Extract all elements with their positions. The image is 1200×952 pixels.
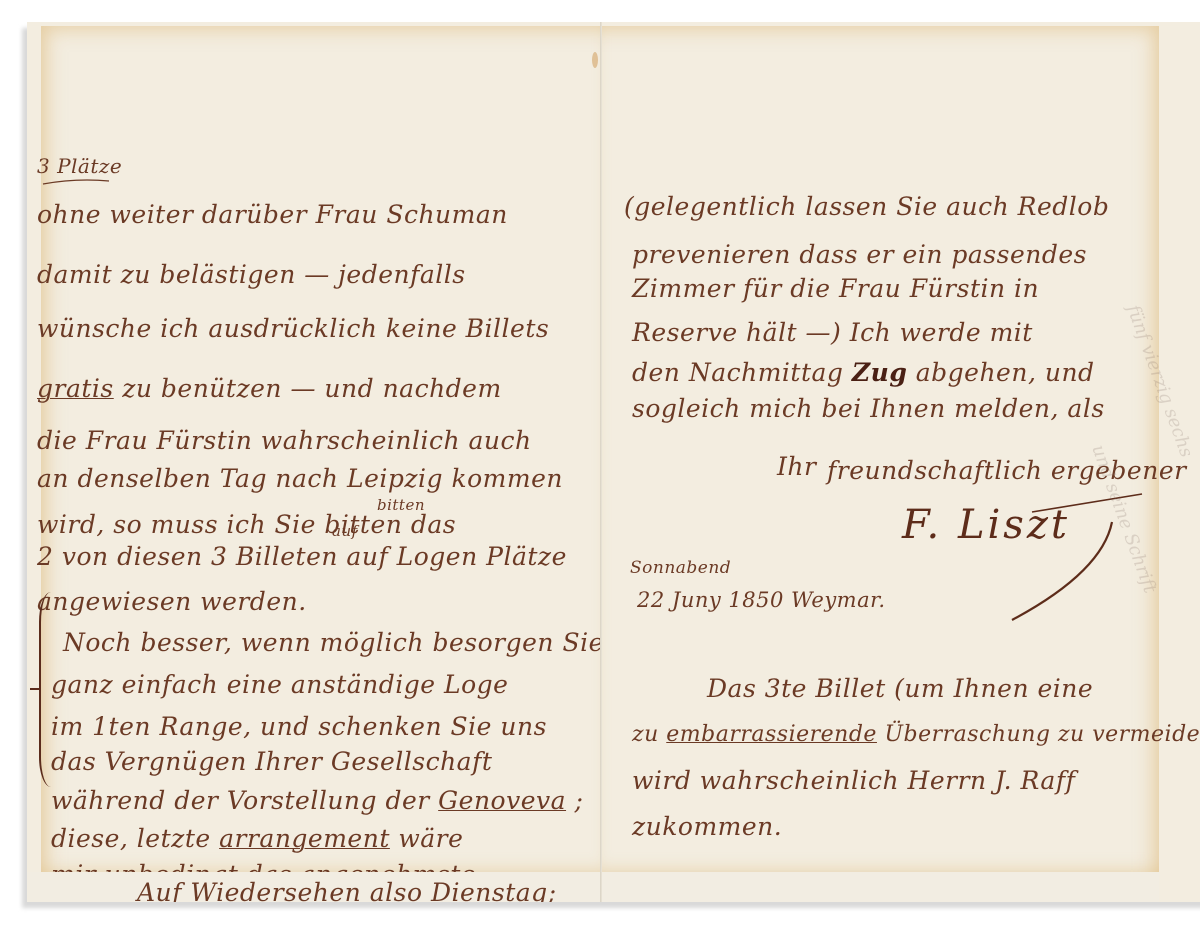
fold-stain — [592, 52, 598, 68]
right-line-1: (gelegentlich lassen Sie auch Redlob — [624, 192, 1109, 221]
right-line-2: prevenieren dass er ein passendes — [632, 240, 1087, 269]
letter-line-15: diese, letzte arrangement wäre — [51, 824, 463, 853]
letter-line-3: wünsche ich ausdrücklich keine Billets — [37, 314, 549, 343]
postscript-line-3: wird wahrscheinlich Herrn J. Raff — [632, 766, 1075, 795]
right-line-3: Zimmer für die Frau Fürstin in — [632, 274, 1039, 303]
right-line-6: sogleich mich bei Ihnen melden, als — [632, 394, 1105, 423]
right-line-5-start: den Nachmittag — [632, 358, 852, 387]
date-day: Sonnabend — [630, 558, 731, 578]
letter-line-13: das Vergnügen Ihrer Gesellschaft — [51, 747, 492, 776]
letter-line-6: an denselben Tag nach Leipzig kommen — [37, 464, 563, 493]
letter-line-7: wird, so muss ich Sie bitten das — [37, 510, 456, 539]
letter-line-8: 2 von diesen 3 Billeten auf Logen Plätze — [37, 542, 567, 571]
postscript-line-1: Das 3te Billet (um Ihnen eine — [707, 674, 1093, 703]
letter-line-15-end: wäre — [398, 824, 463, 853]
closing-phrase: freundschaftlich ergebener — [827, 456, 1187, 485]
date-line: 22 Juny 1850 Weymar. — [637, 588, 886, 612]
letter-line-17: Auf Wiedersehen also Dienstag; — [137, 878, 557, 902]
underlined-arrangement: arrangement — [219, 824, 390, 853]
semicolon: ; — [575, 786, 584, 815]
letter-line-14: während der Vorstellung der Genoveva ; — [51, 786, 583, 815]
letter-line-5: die Frau Fürstin wahrscheinlich auch — [37, 426, 532, 455]
photo-stage: 3 Plätze ohne weiter darüber Frau Schuma… — [0, 0, 1200, 952]
letter-line-10: Noch besser, wenn möglich besorgen Sie — [63, 628, 604, 657]
letter-line-4-rest: zu benützen — und nachdem — [122, 374, 502, 403]
right-page: (gelegentlich lassen Sie auch Redlob pre… — [602, 22, 1200, 902]
letter-line-15-start: diese, letzte — [51, 824, 219, 853]
right-line-5-end: abgehen, und — [916, 358, 1095, 387]
letter-line-14-start: während der Vorstellung der — [51, 786, 438, 815]
right-line-4: Reserve hält —) Ich werde mit — [632, 318, 1033, 347]
right-bottom-margin — [602, 872, 1159, 902]
letter-line-11: ganz einfach eine anständige Loge — [51, 670, 508, 699]
letter-line-12: im 1ten Range, und schenken Sie uns — [51, 712, 547, 741]
letter-line-2: damit zu belästigen — jedenfalls — [37, 260, 466, 289]
postscript-line-4: zukommen. — [632, 812, 782, 841]
left-page: 3 Plätze ohne weiter darüber Frau Schuma… — [27, 22, 601, 902]
letter-line-4: gratis zu benützen — und nachdem — [37, 374, 502, 403]
margin-bracket-tip — [30, 688, 40, 690]
closing-word: Ihr — [777, 452, 816, 481]
margin-note: 3 Plätze — [37, 154, 122, 178]
underlined-word: gratis — [37, 374, 114, 403]
letter-line-1: ohne weiter darüber Frau Schuman — [37, 200, 508, 229]
right-line-5: den Nachmittag Zug abgehen, und — [632, 358, 1095, 387]
postscript-underlined: embarrassierende — [666, 722, 877, 747]
margin-bracket — [39, 592, 51, 787]
signature-flourish — [992, 492, 1192, 622]
postscript-line-2-end: Überraschung zu vermeiden) — [884, 722, 1200, 747]
letter-sheet: 3 Plätze ohne weiter darüber Frau Schuma… — [27, 22, 1200, 902]
underlined-title: Genoveva — [438, 786, 566, 815]
postscript-line-2-start: zu — [632, 722, 666, 747]
letter-line-9: angewiesen werden. — [37, 587, 307, 616]
ink-bleed-through: fünf vierzig sechs — [1122, 302, 1197, 460]
insertion-auf: auf — [332, 522, 358, 540]
crossed-word: Zug — [852, 358, 907, 387]
postscript-line-2: zu embarrassierende Überraschung zu verm… — [632, 722, 1200, 747]
margin-note-underline — [41, 177, 111, 187]
